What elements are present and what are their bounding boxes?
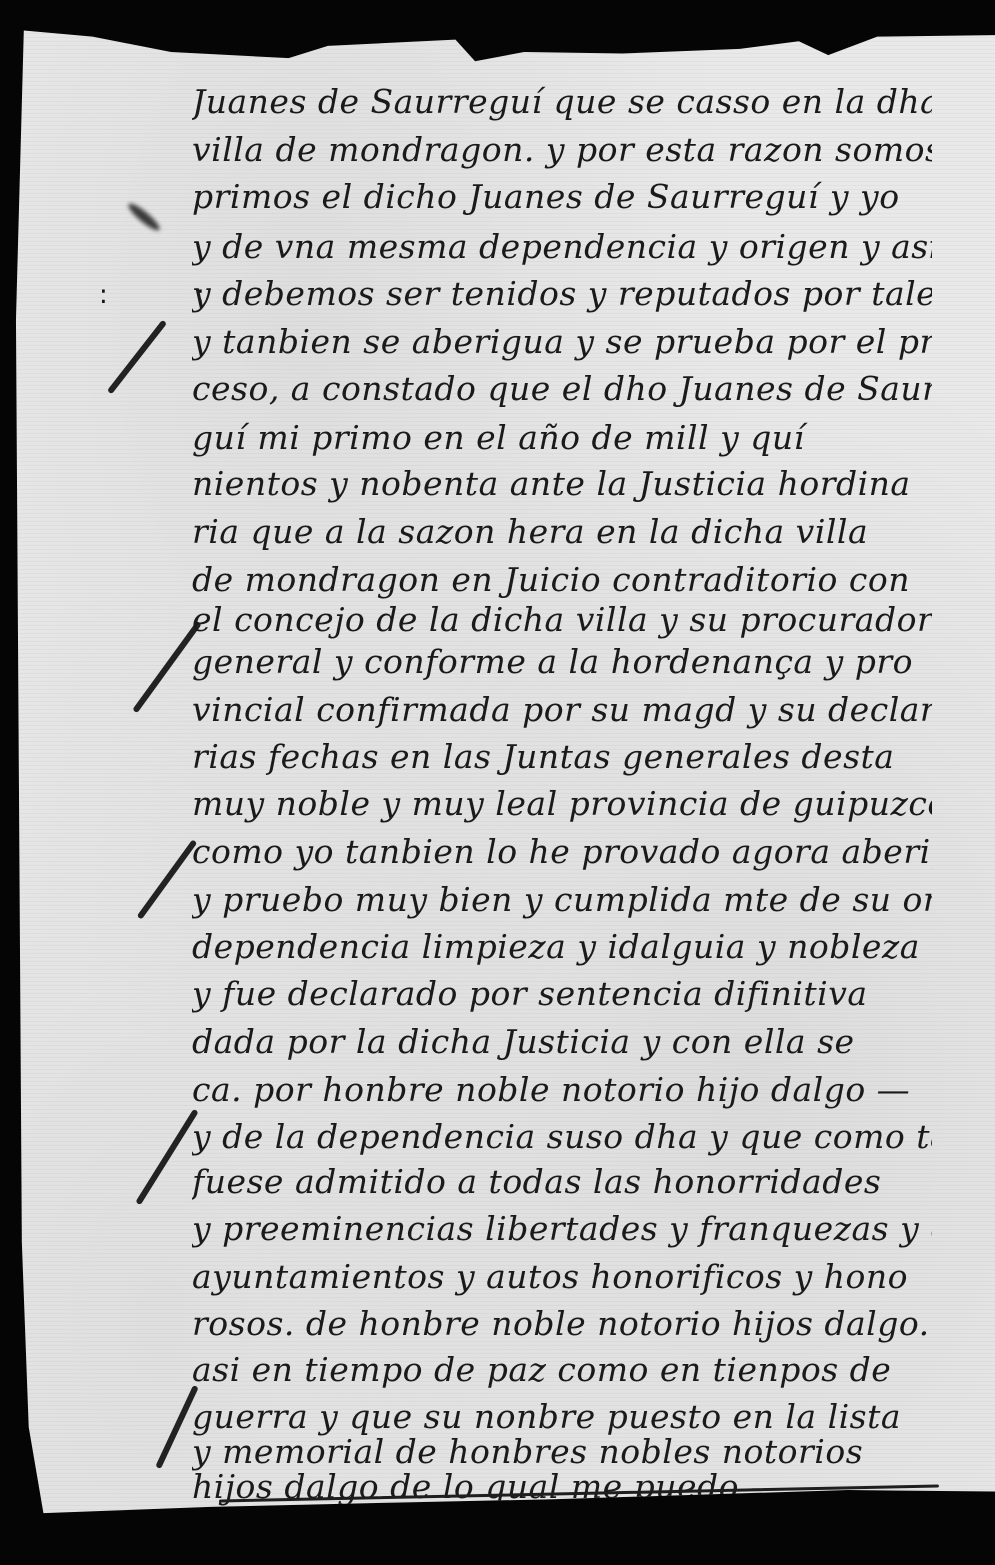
manuscript-line: de mondragon en Juicio contraditorio con [192,560,932,600]
manuscript-page: : : e Juanes de Saurreguí que se casso e… [14,12,995,1550]
manuscript-line: y debemos ser tenidos y reputados por ta… [192,274,932,314]
manuscript-line: y memorial de honbres nobles notorios [192,1432,932,1472]
manuscript-line: y pruebo muy bien y cumplida mte de su o… [192,880,932,920]
manuscript-line: y fue declarado por sentencia difinitiva [192,974,932,1014]
manuscript-line: nientos y nobenta ante la Justicia hordi… [192,464,932,504]
manuscript-line: ria que a la sazon hera en la dicha vill… [192,512,932,552]
margin-flourish [135,1109,198,1205]
manuscript-line: vincial confirmada por su magd y su decl… [192,690,932,730]
page-mark: e [492,20,510,55]
manuscript-line: primos el dicho Juanes de Saurreguí y yo [192,177,932,217]
manuscript-line: general y conforme a la hordenança y pro [192,642,932,682]
manuscript-line: asi en tiempo de paz como en tienpos de [192,1350,932,1390]
margin-flourish [107,320,167,395]
manuscript-line: fuese admitido a todas las honorridades [192,1162,932,1202]
manuscript-line: rosos. de honbre noble notorio hijos dal… [192,1304,932,1344]
manuscript-line: Juanes de Saurreguí que se casso en la d… [192,82,932,122]
margin-flourish [137,839,198,919]
manuscript-line: villa de mondragon. y por esta razon som… [192,130,932,170]
scan-background: : : e Juanes de Saurreguí que se casso e… [0,0,995,1565]
manuscript-line: y preeminencias libertades y franquezas … [192,1209,932,1249]
manuscript-line: dada por la dicha Justicia y con ella se [192,1022,932,1062]
manuscript-line: muy noble y muy leal provincia de guipuz… [192,784,932,824]
manuscript-line: y de la dependencia suso dha y que como … [192,1117,932,1157]
manuscript-line: y tanbien se aberigua y se prueba por el… [192,322,932,362]
ink-smudge [125,200,162,233]
manuscript-line: guí mi primo en el año de mill y quí [192,418,932,458]
manuscript-line: el concejo de la dicha villa y su procur… [192,600,932,640]
manuscript-line: ayuntamientos y autos honorificos y hono [192,1257,932,1297]
manuscript-line: ceso, a constado que el dho Juanes de Sa… [192,369,932,409]
manuscript-line: dependencia limpieza y idalguia y noblez… [192,927,932,967]
manuscript-line: y de vna mesma dependencia y origen y as… [192,227,932,267]
manuscript-line: rias fechas en las Juntas generales dest… [192,737,932,777]
manuscript-line: ca. por honbre noble notorio hijo dalgo … [192,1070,932,1110]
manuscript-line: guerra y que su nonbre puesto en la list… [192,1397,932,1437]
manuscript-line: como yo tanbien lo he provado agora aber… [192,832,932,872]
